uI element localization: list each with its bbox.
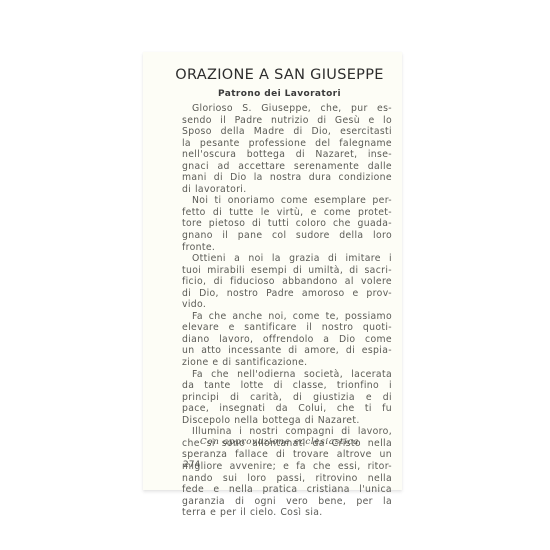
prayer-line: Noi ti onoriamo come esemplare per- — [182, 195, 392, 207]
prayer-line: di lavoratori. — [182, 184, 392, 196]
prayer-line: principi di carità, di giustizia e di — [182, 392, 392, 404]
prayer-line: la pesante professione del falegname — [182, 138, 392, 150]
prayer-line: terra e per il cielo. Così sia. — [182, 507, 392, 519]
prayer-title: ORAZIONE A SAN GIUSEPPE — [143, 67, 402, 83]
prayer-line: tuoi mirabili esempi di umiltà, di sacri… — [182, 265, 392, 277]
prayer-line: Glorioso S. Giuseppe, che, pur es- — [182, 103, 392, 115]
prayer-line: mani di Dio la nostra dura condizione — [182, 172, 392, 184]
prayer-line: Sposo della Madre di Dio, esercitasti — [182, 126, 392, 138]
prayer-line: Fa che anche noi, come te, possiamo — [182, 311, 392, 323]
prayer-line: un atto incessante di amore, di espia- — [182, 345, 392, 357]
prayer-line: speranza fallace di trovare altrove un — [182, 449, 392, 461]
page-number: 274 — [183, 460, 200, 470]
prayer-paragraph: Ottieni a noi la grazia di imitare ituoi… — [182, 253, 392, 311]
prayer-paragraph: Fa che nell'odierna società, laceratada … — [182, 369, 392, 427]
prayer-line: Discepolo nella bottega di Nazaret. — [182, 415, 392, 427]
prayer-line: nando sui loro passi, ritrovino nella — [182, 473, 392, 485]
prayer-line: da tante lotte di classe, trionfino i — [182, 380, 392, 392]
prayer-line: vido. — [182, 299, 392, 311]
prayer-card: ORAZIONE A SAN GIUSEPPE Patrono dei Lavo… — [143, 52, 402, 490]
prayer-line: nell'oscura bottega di Nazaret, inse- — [182, 149, 392, 161]
prayer-line: tore pietoso di tutti coloro che guada- — [182, 218, 392, 230]
prayer-line: gnano il pane col sudore della loro — [182, 230, 392, 242]
prayer-line: migliore avvenire; e fa che essi, ritor- — [182, 461, 392, 473]
prayer-paragraph: Noi ti onoriamo come esemplare per-fetto… — [182, 195, 392, 253]
ecclesiastical-approval: Con approvazione ecclesiastica — [143, 437, 402, 447]
prayer-line: fede e nella pratica cristiana l'unica — [182, 484, 392, 496]
prayer-line: diano lavoro, offrendolo a Dio come — [182, 334, 392, 346]
prayer-line: di Dio, nostro Padre amoroso e prov- — [182, 288, 392, 300]
prayer-line: sendo il Padre nutrizio di Gesù e lo — [182, 115, 392, 127]
prayer-line: pace, insegnati da Colui, che ti fu — [182, 403, 392, 415]
prayer-line: elevare e santificare il nostro quoti- — [182, 322, 392, 334]
prayer-line: gnaci ad accettare serenamente dalle — [182, 161, 392, 173]
prayer-line: ficio, di fiducioso abbandono al volere — [182, 276, 392, 288]
prayer-subtitle: Patrono dei Lavoratori — [143, 89, 402, 99]
prayer-line: fronte. — [182, 242, 392, 254]
prayer-line: garanzia di ogni vero bene, per la — [182, 496, 392, 508]
prayer-line: Fa che nell'odierna società, lacerata — [182, 369, 392, 381]
prayer-paragraph: Fa che anche noi, come te, possiamoeleva… — [182, 311, 392, 369]
prayer-paragraph: Glorioso S. Giuseppe, che, pur es-sendo … — [182, 103, 392, 195]
prayer-body: Glorioso S. Giuseppe, che, pur es-sendo … — [182, 103, 392, 519]
prayer-line: zione e di santificazione. — [182, 357, 392, 369]
prayer-line: fetto di tutte le virtù, e come protet- — [182, 207, 392, 219]
prayer-line: Ottieni a noi la grazia di imitare i — [182, 253, 392, 265]
